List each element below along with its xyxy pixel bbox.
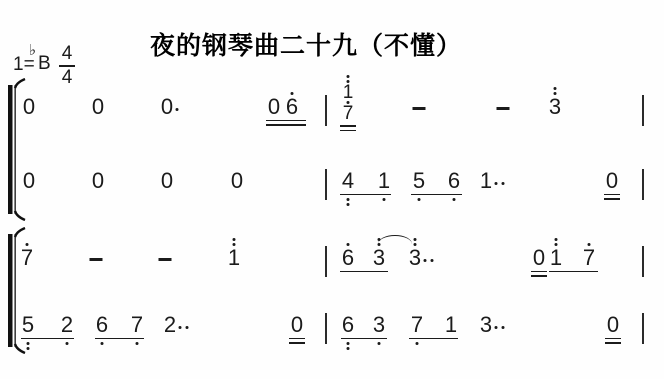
score-sheet: 夜的钢琴曲二十九（不懂） 1= ♭ B 4 4 0000617300004156… <box>0 0 664 379</box>
octave-dot <box>347 203 350 206</box>
octave-dot <box>347 347 350 350</box>
note-digit: 3 <box>373 247 385 269</box>
score-title: 夜的钢琴曲二十九（不懂） <box>0 26 612 62</box>
rest-note: 0 <box>268 96 280 118</box>
octave-dot <box>27 347 30 350</box>
note-digit: 1 <box>480 170 492 192</box>
barline <box>325 313 327 344</box>
duration-dash <box>497 107 510 110</box>
tie-slur <box>378 235 412 244</box>
note-digit: 2 <box>164 314 176 336</box>
octave-dot <box>416 342 419 345</box>
octave-dot <box>347 198 350 201</box>
barline <box>642 169 644 200</box>
augmentation-dot <box>179 326 182 329</box>
sixteenth-beam <box>340 130 356 132</box>
note-digit: 4 <box>342 170 354 192</box>
eighth-beam <box>341 338 387 340</box>
octave-dot <box>347 243 350 246</box>
barline <box>642 246 644 277</box>
sixteenth-beam <box>604 194 620 196</box>
sixteenth-beam <box>604 198 620 200</box>
note-digit: 2 <box>61 314 73 336</box>
augmentation-dot <box>176 108 179 111</box>
note-digit: 1 <box>550 247 562 269</box>
octave-dot <box>418 198 421 201</box>
note-digit: 7 <box>583 247 595 269</box>
note-digit: 7 <box>131 314 143 336</box>
augmentation-dot <box>495 326 498 329</box>
octave-dot <box>414 243 417 246</box>
octave-dot <box>27 342 30 345</box>
rest-note: 0 <box>533 247 545 269</box>
key-signature-letter: B <box>38 53 51 75</box>
barline <box>642 95 644 126</box>
sixteenth-beam <box>605 338 621 340</box>
note-digit: 3 <box>373 314 385 336</box>
octave-dot <box>554 87 557 90</box>
note-digit: 6 <box>96 314 108 336</box>
time-signature-numerator: 4 <box>59 43 75 65</box>
flat-accidental-icon: ♭ <box>29 41 36 59</box>
octave-dot <box>66 342 69 345</box>
barline <box>325 246 327 277</box>
rest-note: 0 <box>92 170 104 192</box>
octave-dot <box>414 238 417 241</box>
sixteenth-beam <box>289 342 305 344</box>
duration-dash <box>159 258 172 261</box>
note-digit: 1 <box>378 170 390 192</box>
rest-note: 0 <box>231 170 243 192</box>
octave-dot <box>347 101 350 104</box>
octave-dot <box>233 243 236 246</box>
note-digit: 1 <box>228 247 240 269</box>
octave-dot <box>378 342 381 345</box>
sixteenth-beam <box>531 275 547 277</box>
note-digit: 6 <box>448 170 460 192</box>
rest-note: 0 <box>23 170 35 192</box>
duration-dash <box>413 107 426 110</box>
augmentation-dot <box>186 326 189 329</box>
note-digit: 7 <box>21 247 33 269</box>
octave-dot <box>453 198 456 201</box>
octave-dot <box>101 342 104 345</box>
rest-note: 0 <box>161 96 173 118</box>
octave-dot <box>347 75 350 78</box>
eighth-beam <box>340 271 388 273</box>
augmentation-dot <box>431 259 434 262</box>
eighth-beam <box>549 271 598 273</box>
octave-dot <box>233 238 236 241</box>
octave-dot <box>588 243 591 246</box>
augmentation-dot <box>502 182 505 185</box>
octave-dot <box>554 92 557 95</box>
octave-dot <box>347 342 350 345</box>
note-digit: 3 <box>480 314 492 336</box>
rest-note: 0 <box>607 314 619 336</box>
duration-dash <box>90 258 103 261</box>
octave-dot <box>347 80 350 83</box>
rest-note: 0 <box>606 170 618 192</box>
sixteenth-beam <box>266 120 306 122</box>
eighth-beam <box>409 338 458 340</box>
note-digit: 7 <box>411 314 423 336</box>
sixteenth-beam <box>266 124 306 126</box>
eighth-beam <box>95 338 144 340</box>
octave-dot <box>555 238 558 241</box>
eighth-beam <box>340 194 391 196</box>
chord-lower-digit: 7 <box>343 104 354 123</box>
note-digit: 1 <box>445 314 457 336</box>
sixteenth-beam <box>531 271 547 273</box>
eighth-beam <box>21 338 74 340</box>
barline <box>642 313 644 344</box>
sixteenth-beam <box>605 342 621 344</box>
note-digit: 3 <box>549 96 561 118</box>
rest-note: 0 <box>92 96 104 118</box>
note-digit: 3 <box>409 247 421 269</box>
sixteenth-beam <box>340 125 356 127</box>
note-digit: 5 <box>413 170 425 192</box>
octave-dot <box>383 198 386 201</box>
note-digit: 6 <box>342 314 354 336</box>
eighth-beam <box>411 194 462 196</box>
octave-dot <box>291 92 294 95</box>
note-digit: 6 <box>286 96 298 118</box>
octave-dot <box>136 342 139 345</box>
augmentation-dot <box>495 182 498 185</box>
chord-upper-digit: 1 <box>343 83 354 102</box>
augmentation-dot <box>502 326 505 329</box>
augmentation-dot <box>424 259 427 262</box>
octave-dot <box>26 243 29 246</box>
rest-note: 0 <box>23 96 35 118</box>
note-digit: 5 <box>22 314 34 336</box>
barline <box>325 95 327 126</box>
rest-note: 0 <box>291 314 303 336</box>
rest-note: 0 <box>161 170 173 192</box>
sixteenth-beam <box>289 338 305 340</box>
octave-dot <box>555 243 558 246</box>
note-digit: 6 <box>342 247 354 269</box>
time-signature-denominator: 4 <box>59 67 75 89</box>
barline <box>325 169 327 200</box>
